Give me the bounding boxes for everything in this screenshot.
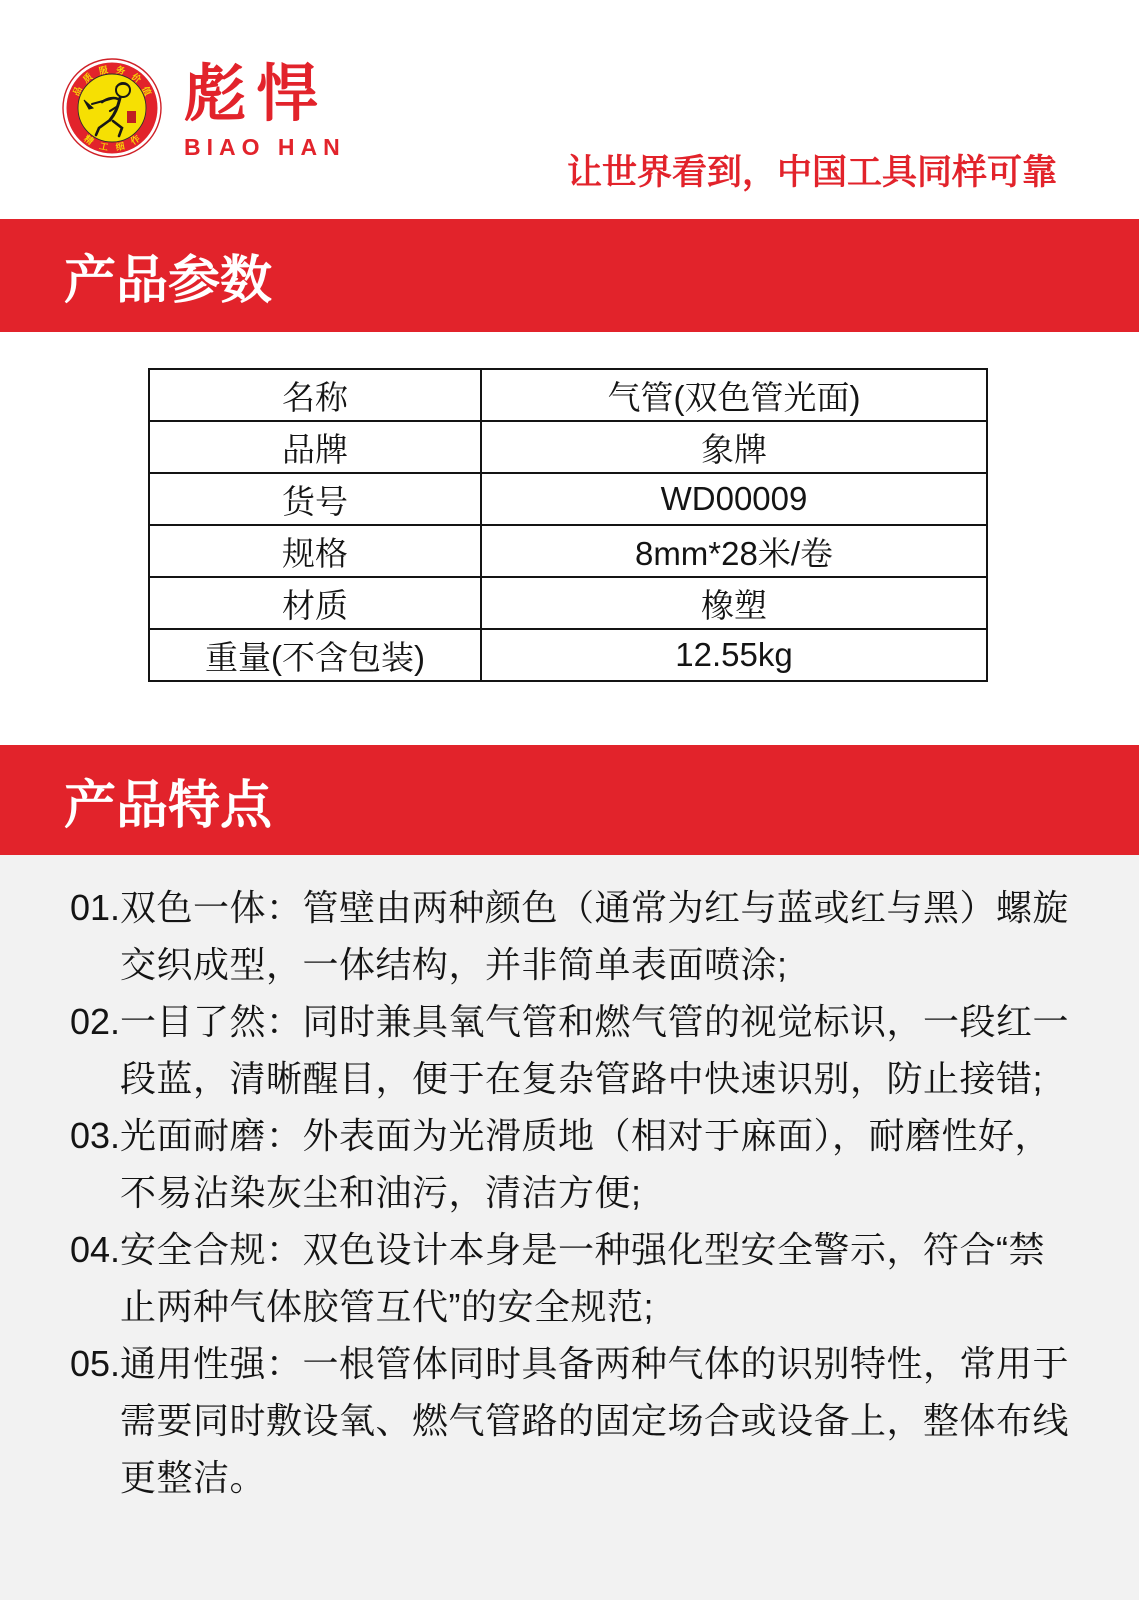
brand-name-en: BIAO HAN bbox=[184, 134, 346, 161]
feature-item: 04. 安全合规：双色设计本身是一种强化型安全警示，符合“禁止两种气体胶管互代”… bbox=[70, 1221, 1081, 1335]
brand-name-cn: 彪悍 bbox=[184, 64, 346, 126]
feature-text: 安全合规：双色设计本身是一种强化型安全警示，符合“禁止两种气体胶管互代”的安全规… bbox=[120, 1221, 1081, 1335]
feature-item: 05. 通用性强：一根管体同时具备两种气体的识别特性，常用于需要同时敷设氧、燃气… bbox=[70, 1335, 1081, 1506]
table-row: 货号 WD00009 bbox=[149, 473, 987, 525]
feature-item: 01. 双色一体：管壁由两种颜色（通常为红与蓝或红与黑）螺旋交织成型，一体结构，… bbox=[70, 879, 1081, 993]
table-row: 名称 气管(双色管光面) bbox=[149, 369, 987, 421]
param-label: 名称 bbox=[149, 369, 481, 421]
feature-number: 03. bbox=[70, 1107, 120, 1221]
param-value: WD00009 bbox=[481, 473, 987, 525]
brand-wordmark: 彪悍 BIAO HAN bbox=[184, 58, 346, 161]
brand-slogan: 让世界看到，中国工具同样可靠 bbox=[567, 145, 1057, 195]
section-title-features: 产品特点 bbox=[64, 763, 272, 838]
feature-item: 03. 光面耐磨：外表面为光滑质地（相对于麻面），耐磨性好，不易沾染灰尘和油污，… bbox=[70, 1107, 1081, 1221]
feature-number: 05. bbox=[70, 1335, 120, 1506]
feature-text: 光面耐磨：外表面为光滑质地（相对于麻面），耐磨性好，不易沾染灰尘和油污，清洁方便… bbox=[120, 1107, 1081, 1221]
brand-header: 品 质 服 务 价 值 精 工 细 作 bbox=[0, 0, 1139, 219]
feature-item: 02. 一目了然：同时兼具氧气管和燃气管的视觉标识，一段红一段蓝，清晰醒目，便于… bbox=[70, 993, 1081, 1107]
param-label: 品牌 bbox=[149, 421, 481, 473]
feature-number: 02. bbox=[70, 993, 120, 1107]
feature-text: 通用性强：一根管体同时具备两种气体的识别特性，常用于需要同时敷设氧、燃气管路的固… bbox=[120, 1335, 1081, 1506]
table-row: 品牌 象牌 bbox=[149, 421, 987, 473]
features-section-body: 01. 双色一体：管壁由两种颜色（通常为红与蓝或红与黑）螺旋交织成型，一体结构，… bbox=[0, 855, 1139, 1600]
feature-number: 04. bbox=[70, 1221, 120, 1335]
params-table: 名称 气管(双色管光面) 品牌 象牌 货号 WD00009 规格 8mm*28米… bbox=[148, 368, 988, 682]
table-row: 规格 8mm*28米/卷 bbox=[149, 525, 987, 577]
param-value: 8mm*28米/卷 bbox=[481, 525, 987, 577]
param-label: 重量(不含包装) bbox=[149, 629, 481, 681]
feature-text: 双色一体：管壁由两种颜色（通常为红与蓝或红与黑）螺旋交织成型，一体结构，并非简单… bbox=[120, 879, 1081, 993]
table-row: 材质 橡塑 bbox=[149, 577, 987, 629]
param-label: 规格 bbox=[149, 525, 481, 577]
feature-text: 一目了然：同时兼具氧气管和燃气管的视觉标识，一段红一段蓝，清晰醒目，便于在复杂管… bbox=[120, 993, 1081, 1107]
product-detail-page: 品 质 服 务 价 值 精 工 细 作 bbox=[0, 0, 1139, 1600]
brand-seal-logo: 品 质 服 务 价 值 精 工 细 作 bbox=[62, 58, 162, 158]
param-value: 橡塑 bbox=[481, 577, 987, 629]
brand-logo-group: 品 质 服 务 价 值 精 工 细 作 bbox=[62, 58, 346, 161]
param-value: 气管(双色管光面) bbox=[481, 369, 987, 421]
param-value: 象牌 bbox=[481, 421, 987, 473]
param-label: 货号 bbox=[149, 473, 481, 525]
section-banner-params: 产品参数 bbox=[0, 219, 1139, 332]
feature-number: 01. bbox=[70, 879, 120, 993]
table-row: 重量(不含包装) 12.55kg bbox=[149, 629, 987, 681]
section-title-params: 产品参数 bbox=[64, 238, 272, 313]
param-value: 12.55kg bbox=[481, 629, 987, 681]
section-banner-features: 产品特点 bbox=[0, 745, 1139, 855]
param-label: 材质 bbox=[149, 577, 481, 629]
params-section-body: 名称 气管(双色管光面) 品牌 象牌 货号 WD00009 规格 8mm*28米… bbox=[0, 332, 1139, 745]
mini-seal-stamp bbox=[127, 111, 136, 123]
